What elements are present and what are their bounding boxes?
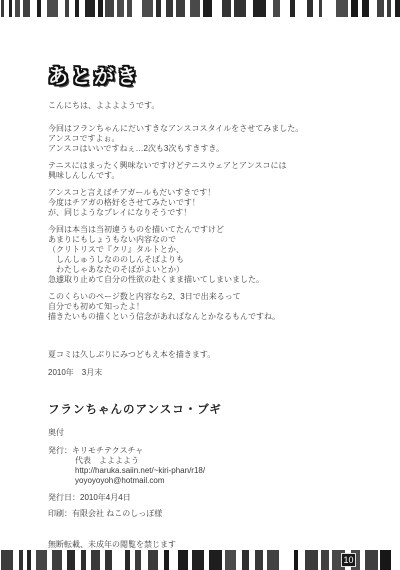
afterword-line: （クリトリスで『クリ』タルトとか、 <box>48 245 372 255</box>
decoration-bar <box>135 550 141 570</box>
book-title: フランちゃんのアンスコ・ブギ <box>48 401 372 417</box>
representative-line: 代表 よよよよう <box>48 456 372 466</box>
afterword-line: アンスコですよぉ。 <box>48 134 372 144</box>
decoration-bar <box>319 0 322 17</box>
afterword-line: 今回は本当は当初違うものを描いてたんですけど <box>48 225 372 235</box>
decoration-bar <box>23 0 30 17</box>
publisher-email: yoyoyoyoh@hotmail.com <box>48 476 372 486</box>
decoration-bar <box>336 0 348 17</box>
afterword-line: テニスにはまったく興味ないですけどテニスウェアとアンスコには <box>48 161 372 171</box>
decoration-bar <box>351 0 358 17</box>
afterword-line: このくらいのページ数と内容なら2、3日で出来るって <box>48 292 372 302</box>
decoration-bar <box>253 0 266 17</box>
decoration-bar <box>36 550 47 570</box>
decoration-bar <box>81 550 87 570</box>
decoration-bar <box>222 0 231 17</box>
decoration-bar <box>176 0 185 17</box>
printer-line: 印刷：有限会社 ねこのしっぽ様 <box>48 509 372 519</box>
decoration-bar <box>105 0 114 17</box>
decoration-bar <box>148 550 158 570</box>
decoration-bar <box>166 0 173 17</box>
publisher-block: 発行：キリモチテクスチャ 代表 よよよよう http://haruka.saii… <box>48 446 372 486</box>
decoration-bar <box>47 0 58 17</box>
page-number: 10 <box>341 553 356 567</box>
decoration-bar <box>267 550 279 570</box>
decoration-bar <box>178 550 188 570</box>
decoration-bar <box>127 0 132 17</box>
decoration-bar <box>19 550 24 570</box>
decoration-bar <box>142 0 154 17</box>
publication-date-line: 発行日：2010年4月4日 <box>48 493 372 503</box>
decoration-bar <box>67 550 75 570</box>
decoration-bar <box>290 0 295 17</box>
decoration-bar <box>85 0 95 17</box>
decoration-bar <box>203 0 212 17</box>
decoration-bar <box>192 550 204 570</box>
afterword-paragraph: 今回はフランちゃんにだいすきなアンスコスタイルをさせてみました。アンスコですよぉ… <box>48 124 372 154</box>
publisher-line: 発行：キリモチテクスチャ <box>48 446 372 456</box>
decoration-bar <box>362 0 368 17</box>
page-content: あとがき こんにちは、よよよようです。今回はフランちゃんにだいすきなアンスコスタ… <box>48 60 372 550</box>
afterword-paragraph: 夏コミは久しぶりにみつどもえ本を描きます。 <box>48 350 372 360</box>
afterword-title: あとがき <box>48 60 372 89</box>
afterword-paragraph: アンスコと言えばチアガールもだいすきです！今度はチアガの格好をさせてみたいです！… <box>48 188 372 218</box>
decoration-bar <box>65 0 69 17</box>
afterword-paragraph: 今回は本当は当初違うものを描いてたんですけどあまりにもしょうもない内容なので（ク… <box>48 225 372 285</box>
decoration-bar <box>156 0 161 17</box>
decoration-bar <box>91 550 100 570</box>
decoration-bar <box>255 550 263 570</box>
decoration-bar <box>365 550 378 570</box>
afterword-line: 夏コミは久しぶりにみつどもえ本を描きます。 <box>48 350 372 360</box>
decoration-bar <box>305 550 318 570</box>
decoration-bar <box>37 0 42 17</box>
decoration-bar <box>321 550 329 570</box>
afterword-line: あまりにもしょうもない内容なので <box>48 235 372 245</box>
afterword-paragraph: 2010年 3月末 <box>48 368 372 378</box>
afterword-paragraph: テニスにはまったく興味ないですけどテニスウェアとアンスコには興味しんしんです。 <box>48 161 372 181</box>
afterword-line: が、同じようなプレイになりそうです！ <box>48 208 372 218</box>
afterword-line: 描きたいもの描くという信念があればなんとかなるもんですね。 <box>48 312 372 322</box>
afterword-body: こんにちは、よよよようです。今回はフランちゃんにだいすきなアンスコスタイルをさせ… <box>48 101 372 378</box>
decoration-bar <box>190 0 200 17</box>
publisher-url: http://haruka.saiin.net/~kiri-phan/r18/ <box>48 466 372 476</box>
decoration-bar <box>377 0 384 17</box>
decoration-bar <box>9 0 12 17</box>
decoration-bar <box>125 550 130 570</box>
afterword-line: アンスコはいいですねぇ…2次も3次もすきすき。 <box>48 144 372 154</box>
decoration-bar <box>75 0 79 17</box>
afterword-line: わたしゃあなたのそばがよいとか） <box>48 265 372 275</box>
afterword-line: 自分でも初めて知ったよ！ <box>48 302 372 312</box>
bottom-decoration-bars <box>0 550 400 570</box>
decoration-bar <box>234 0 246 17</box>
decoration-bar <box>225 550 236 570</box>
decoration-bar <box>242 550 249 570</box>
decoration-bar <box>395 0 400 17</box>
decoration-bar <box>273 0 281 17</box>
afterword-line: しんしゅうしなののしんそばよりも <box>48 255 372 265</box>
decoration-bar <box>1 550 13 570</box>
decoration-bar <box>52 550 62 570</box>
afterword-line: 2010年 3月末 <box>48 368 372 378</box>
afterword-line: 急遽取り止めて自分の性欲の赴くまま描いてしまいました。 <box>48 275 372 285</box>
afterword-line: 今度はチアガの格好をさせてみたいです！ <box>48 198 372 208</box>
afterword-line: 興味しんしんです。 <box>48 171 372 181</box>
scanned-afterword-page: あとがき こんにちは、よよよようです。今回はフランちゃんにだいすきなアンスコスタ… <box>0 0 400 570</box>
decoration-bar <box>307 0 314 17</box>
colophon-section-label: 奥付 <box>48 428 372 438</box>
decoration-bar <box>105 550 112 570</box>
afterword-line: アンスコと言えばチアガールもだいすきです！ <box>48 188 372 198</box>
top-decoration-bars <box>0 0 400 17</box>
decoration-bar <box>164 550 169 570</box>
decoration-bar <box>15 0 20 17</box>
decoration-bar <box>380 550 391 570</box>
afterword-paragraph: こんにちは、よよよようです。 <box>48 101 372 111</box>
decoration-bar <box>27 550 32 570</box>
decoration-bar <box>209 550 222 570</box>
decoration-bar <box>387 0 392 17</box>
decoration-bar <box>98 0 103 17</box>
afterword-line: 今回はフランちゃんにだいすきなアンスコスタイルをさせてみました。 <box>48 124 372 134</box>
afterword-paragraph: このくらいのページ数と内容なら2、3日で出来るって自分でも初めて知ったよ！描きた… <box>48 292 372 322</box>
copyright-notice: 無断転載、未成年の閲覧を禁じます <box>48 540 372 550</box>
decoration-bar <box>1 0 5 17</box>
decoration-bar <box>294 550 299 570</box>
decoration-bar <box>117 0 124 17</box>
afterword-line: こんにちは、よよよようです。 <box>48 101 372 111</box>
